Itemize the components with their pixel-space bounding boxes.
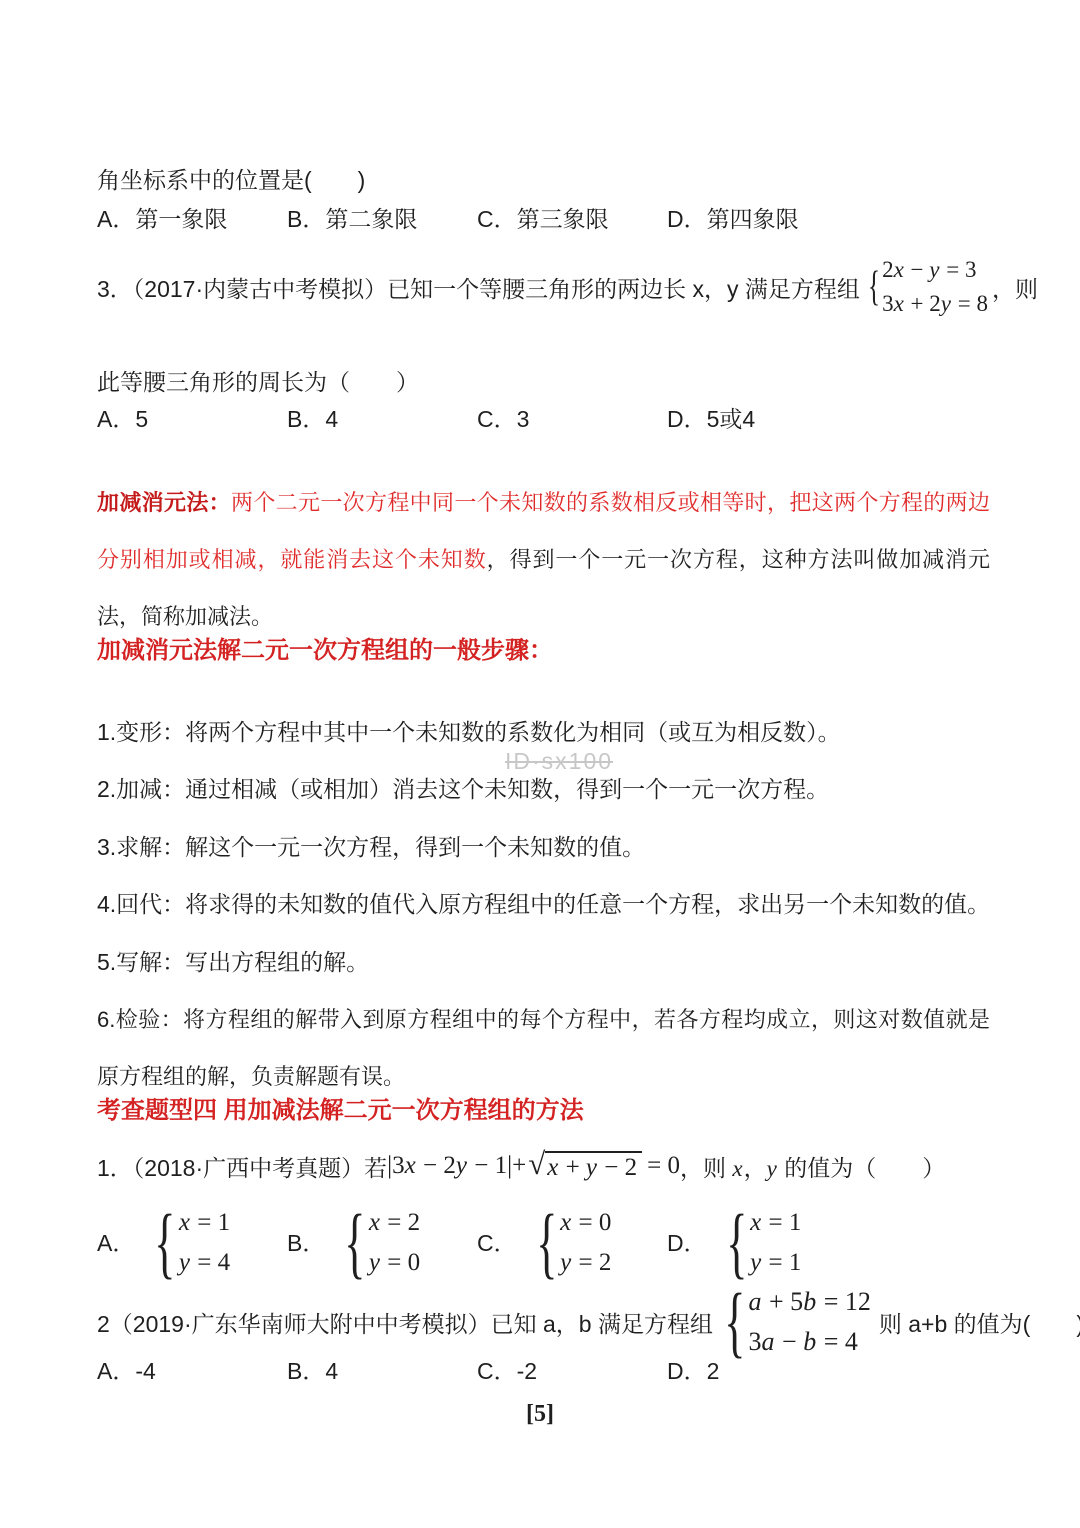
question-1-suffix: ，则 x，y 的值为（ ） xyxy=(680,1150,945,1183)
step-item-3: 3.求解：解这个一元一次方程，得到一个未知数的值。 xyxy=(97,819,645,876)
option-item: B．第二象限 xyxy=(287,191,477,248)
option-item: D．第四象限 xyxy=(667,191,799,248)
equation-line: 3a − b = 4 xyxy=(749,1322,871,1362)
brace-icon xyxy=(726,1203,747,1283)
question-3: 3．（2017·内蒙古中考模拟）已知一个等腰三角形的两边长 x，y 满足方程组 … xyxy=(97,247,1038,327)
equation-line: y = 4 xyxy=(179,1243,230,1283)
option-item: D． x = 1 y = 1 xyxy=(667,1203,805,1283)
option-item: B． x = 2 y = 0 xyxy=(287,1203,477,1283)
option-system: x = 0 y = 2 xyxy=(529,1203,612,1283)
equation-line: x = 1 xyxy=(750,1203,801,1243)
option-label: D． xyxy=(667,1215,707,1272)
sqrt-expression: x + y − 2 xyxy=(528,1151,642,1182)
question-3-stem: 3．（2017·内蒙古中考模拟）已知一个等腰三角形的两边长 x，y 满足方程组 xyxy=(97,271,860,304)
brace-icon xyxy=(724,1282,745,1362)
abs-expression: |3x − 2y − 1| xyxy=(387,1152,512,1180)
definition-lead: 加减消元法： xyxy=(97,490,231,515)
page-number: [5] xyxy=(0,1401,1080,1428)
option-system: x = 1 y = 1 xyxy=(719,1203,802,1283)
option-label: B． xyxy=(287,1215,325,1272)
watermark: ID·sx100 xyxy=(505,748,613,775)
option-item: D．5或4 xyxy=(667,391,755,448)
option-item: A． x = 1 y = 4 xyxy=(97,1203,287,1283)
question-1: 1．（2018·广西中考真题）若 |3x − 2y − 1| + x + y −… xyxy=(97,1126,945,1206)
option-item: C．3 xyxy=(477,391,667,448)
options-row-q3: A．5 B．4 C．3 D．5或4 xyxy=(97,391,755,448)
sqrt-radicand: x + y − 2 xyxy=(545,1151,642,1182)
sqrt-icon xyxy=(528,1148,545,1179)
option-item: B．4 xyxy=(287,1343,477,1400)
option-label: A． xyxy=(97,1215,135,1272)
equation-line: a + 5b = 12 xyxy=(749,1282,871,1322)
option-item: A．第一象限 xyxy=(97,191,287,248)
option-label: C． xyxy=(477,1215,517,1272)
brace-icon xyxy=(536,1203,557,1283)
option-item: B．4 xyxy=(287,391,477,448)
equation-system: a + 5b = 12 3a − b = 4 xyxy=(717,1282,871,1362)
plus-sign: + xyxy=(512,1152,526,1180)
equation-line: x = 0 xyxy=(560,1203,611,1243)
question-2-stem-tail: 则 a+b 的值为( ) xyxy=(879,1306,1080,1339)
equation-system: 2x − y = 3 3x + 2y = 8 xyxy=(864,253,988,321)
brace-icon xyxy=(868,266,880,308)
options-row-quadrants: A．第一象限 B．第二象限 C．第三象限 D．第四象限 xyxy=(97,191,799,248)
equation-line: y = 2 xyxy=(560,1243,611,1283)
question-2-stem: 2（2019·广东华南师大附中中考模拟）已知 a，b 满足方程组 xyxy=(97,1306,713,1339)
step-item-2: 2.加减：通过相减（或相加）消去这个未知数，得到一个一元一次方程。 xyxy=(97,761,829,818)
step-item-1: 1.变形：将两个方程中其中一个未知数的系数化为相同（或互为相反数）。 xyxy=(97,704,841,761)
step-item-4: 4.回代：将求得的未知数的值代入原方程组中的任意一个方程，求出另一个未知数的值。 xyxy=(97,876,990,933)
question-3-stem-tail: ，则 xyxy=(992,271,1038,304)
options-row-q2: A．-4 B．4 C．-2 D．2 xyxy=(97,1343,719,1400)
option-item: C．-2 xyxy=(477,1343,667,1400)
option-system: x = 2 y = 0 xyxy=(337,1203,420,1283)
equation-line: y = 0 xyxy=(369,1243,420,1283)
equation-line: 3x + 2y = 8 xyxy=(882,287,988,321)
brace-icon xyxy=(344,1203,365,1283)
question-1-stem: 1．（2018·广西中考真题）若 xyxy=(97,1150,387,1183)
option-item: A．-4 xyxy=(97,1343,287,1400)
equals-zero: = 0 xyxy=(647,1152,680,1180)
option-item: D．2 xyxy=(667,1343,719,1400)
option-item: A．5 xyxy=(97,391,287,448)
steps-heading: 加减消元法解二元一次方程组的一般步骤： xyxy=(97,622,553,679)
equation-line: x = 1 xyxy=(179,1203,230,1243)
definition-paragraph: 加减消元法：两个二元一次方程中同一个未知数的系数相反或相等时，把这两个方程的两边… xyxy=(97,474,990,645)
option-system: x = 1 y = 4 xyxy=(147,1203,230,1283)
equation-line: x = 2 xyxy=(369,1203,420,1243)
brace-icon xyxy=(154,1203,175,1283)
step-item-5: 5.写解：写出方程组的解。 xyxy=(97,934,369,991)
options-row-q1: A． x = 1 y = 4 B． x = 2 y = 0 C． xyxy=(97,1203,805,1283)
option-item: C．第三象限 xyxy=(477,191,667,248)
equation-line: 2x − y = 3 xyxy=(882,253,988,287)
worksheet-page: 角坐标系中的位置是( ) A．第一象限 B．第二象限 C．第三象限 D．第四象限… xyxy=(0,0,1080,1528)
equation-line: y = 1 xyxy=(750,1243,801,1283)
option-item: C． x = 0 y = 2 xyxy=(477,1203,667,1283)
